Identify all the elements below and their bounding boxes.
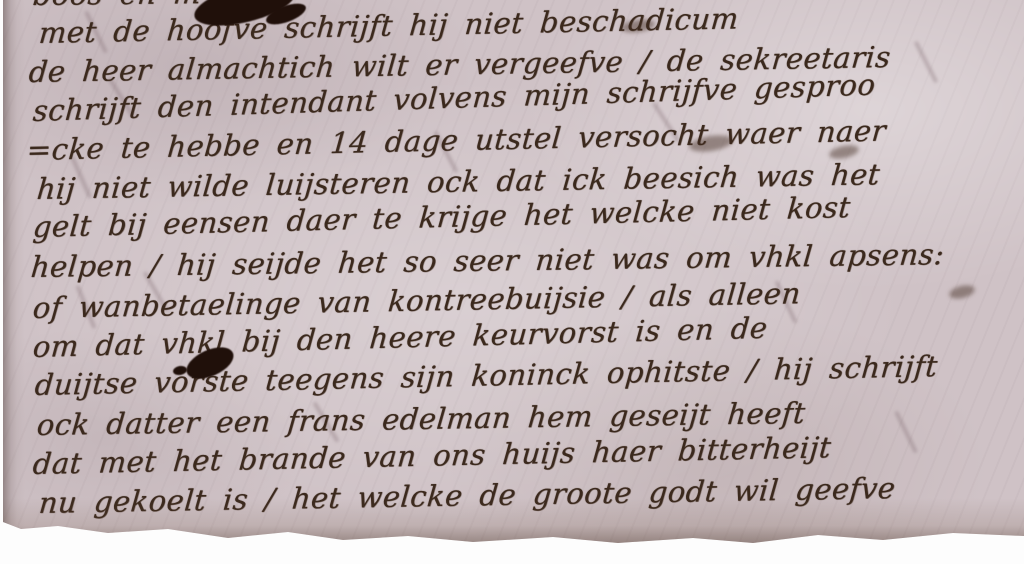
scanned-manuscript-page: boos en m met de hoofve schrijft hij nie… [0, 0, 1024, 564]
paper-left-edge-shadow [3, 0, 25, 548]
paper-sheet: boos en m met de hoofve schrijft hij nie… [3, 0, 1024, 548]
paper-bottom-edge-shadow [3, 498, 1024, 548]
manuscript-line: helpen / hij seijde het so seer niet was… [29, 237, 945, 284]
bleedthrough-mark [894, 410, 918, 453]
manuscript-line: boos en m [31, 0, 203, 12]
ink-smudge [948, 283, 976, 301]
bleedthrough-mark [914, 41, 938, 84]
